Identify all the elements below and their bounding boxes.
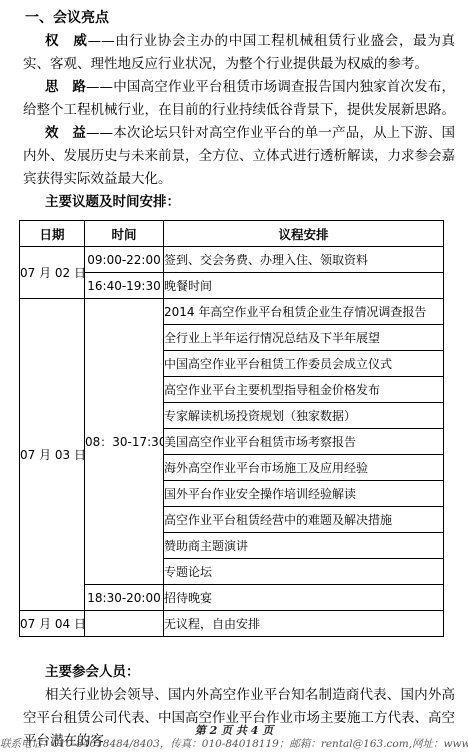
highlight-lead: 思 路	[45, 79, 86, 95]
agenda-cell: 美国高空作业平台租赁市场考察报告	[164, 429, 444, 455]
time-cell	[85, 611, 164, 637]
agenda-cell: 招待晚宴	[164, 585, 444, 611]
agenda-cell: 全行业上半年运行情况总结及下半年展望	[164, 325, 444, 351]
agenda-cell: 专题论坛	[164, 559, 444, 585]
time-cell: 09:00-22:00	[85, 247, 164, 273]
highlight-authority: 权 威——由行业协会主办的中国工程机械租赁行业盛会，最为真实、客观、理性地反应行…	[23, 30, 455, 76]
schedule-row: 07 月 02 日09:00-22:00签到、交会务费、办理入住、领取资料	[20, 247, 444, 273]
highlight-idea: 思 路——中国高空作业平台租赁市场调查报告国内独家首次发布，给整个工程机械行业，…	[23, 76, 455, 122]
agenda-cell: 海外高空作业平台市场施工及应用经验	[164, 455, 444, 481]
schedule-row: 07 月 03 日08：30-17:302014 年高空作业平台租赁企业生存情况…	[20, 299, 444, 325]
schedule-row: 07 月 04 日无议程，自由安排	[20, 611, 444, 637]
document-page: 一、会议亮点 权 威——由行业协会主办的中国工程机械租赁行业盛会，最为真实、客观…	[0, 0, 468, 753]
time-cell: 16:40-19:30	[85, 273, 164, 299]
date-cell: 07 月 03 日	[20, 299, 85, 611]
highlight-benefit: 效 益——本次论坛只针对高空作业平台的单一产品，从上下游、国内外、发展历史与未来…	[23, 122, 455, 191]
schedule-col-header: 日期	[20, 221, 85, 247]
schedule-table-body: 日期时间议程安排07 月 02 日09:00-22:00签到、交会务费、办理入住…	[20, 221, 444, 637]
agenda-cell: 专家解读机场投资规划（独家数据）	[164, 403, 444, 429]
contact-info: 联系电话：010-84018484/8403，传真：010-84018119；邮…	[0, 737, 468, 751]
agenda-cell: 中国高空作业平台租赁工作委员会成立仪式	[164, 351, 444, 377]
participants-heading: 主要参会人员：	[23, 661, 455, 684]
page-footer: 第 2 页 共 4 页 联系电话：010-84018484/8403，传真：01…	[0, 724, 468, 751]
agenda-cell: 国外平台作业安全操作培训经验解读	[164, 481, 444, 507]
time-cell: 18:30-20:00	[85, 585, 164, 611]
section-title: 一、会议亮点	[25, 7, 455, 30]
agenda-cell: 签到、交会务费、办理入住、领取资料	[164, 247, 444, 273]
highlight-lead: 效 益	[45, 125, 86, 141]
schedule-heading: 主要议题及时间安排：	[23, 191, 455, 214]
agenda-cell: 2014 年高空作业平台租赁企业生存情况调查报告	[164, 299, 444, 325]
agenda-cell: 晚餐时间	[164, 273, 444, 299]
time-cell: 08：30-17:30	[85, 299, 164, 585]
highlight-lead: 权 威	[45, 33, 88, 49]
schedule-table: 日期时间议程安排07 月 02 日09:00-22:00签到、交会务费、办理入住…	[19, 220, 444, 637]
page-number: 第 2 页 共 4 页	[0, 724, 468, 737]
highlight-text: ——中国高空作业平台租赁市场调查报告国内独家首次发布，给整个工程机械行业，在目前…	[23, 79, 455, 118]
highlight-text: ——由行业协会主办的中国工程机械租赁行业盛会，最为真实、客观、理性地反应行业状况…	[23, 33, 455, 72]
schedule-col-header: 时间	[85, 221, 164, 247]
schedule-header-row: 日期时间议程安排	[20, 221, 444, 247]
agenda-cell: 无议程，自由安排	[164, 611, 444, 637]
date-cell: 07 月 04 日	[20, 611, 85, 637]
schedule-col-header: 议程安排	[164, 221, 444, 247]
date-cell: 07 月 02 日	[20, 247, 85, 299]
agenda-cell: 高空作业平台租赁经营中的难题及解决措施	[164, 507, 444, 533]
agenda-cell: 高空作业平台主要机型指导租金价格发布	[164, 377, 444, 403]
agenda-cell: 赞助商主题演讲	[164, 533, 444, 559]
highlight-text: ——本次论坛只针对高空作业平台的单一产品，从上下游、国内外、发展历史与未来前景，…	[23, 125, 455, 187]
